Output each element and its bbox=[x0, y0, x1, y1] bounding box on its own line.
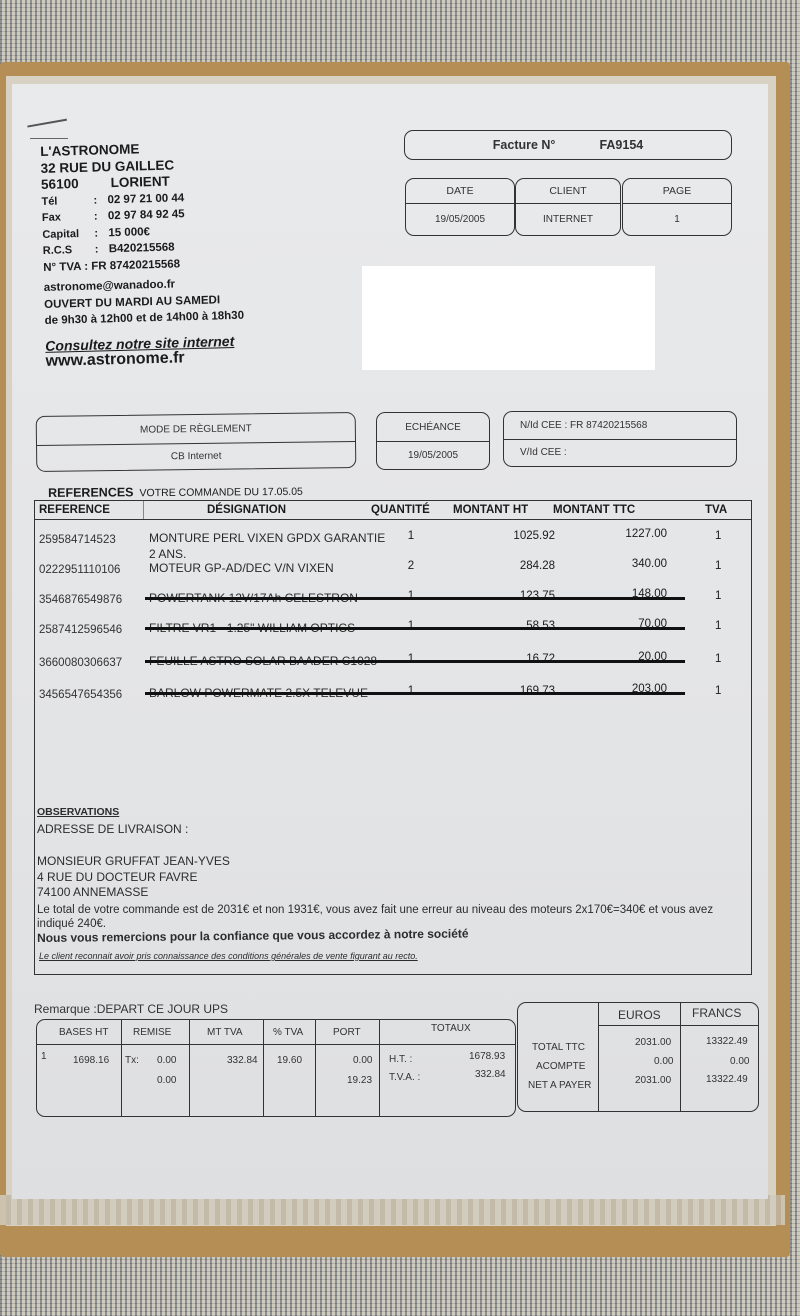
payment-mode-box: MODE DE RÈGLEMENT CB Internet bbox=[36, 412, 357, 472]
invoice-client: INTERNET bbox=[516, 204, 620, 235]
net-to-pay-francs: 13322.49 bbox=[706, 1074, 748, 1085]
items-table: REFERENCE DÉSIGNATION QUANTITÉ MONTANT H… bbox=[34, 500, 752, 776]
invoice-page: L'ASTRONOME 32 RUE DU GAILLEC 56100 LORI… bbox=[12, 84, 768, 1199]
shipping-remark: Remarque :DEPART CE JOUR UPS bbox=[34, 1002, 228, 1016]
item-quantity: 1 bbox=[401, 685, 421, 697]
port-2: 19.23 bbox=[347, 1075, 372, 1086]
references-line: REFERENCESVOTRE COMMANDE DU 17.05.05 bbox=[48, 484, 303, 500]
company-header: L'ASTRONOME 32 RUE DU GAILLEC 56100 LORI… bbox=[40, 139, 245, 371]
delivery-city: 74100 ANNEMASSE bbox=[37, 885, 148, 899]
port-1: 0.00 bbox=[353, 1055, 372, 1066]
deposit-francs: 0.00 bbox=[730, 1056, 749, 1067]
strikethrough-mark bbox=[145, 627, 685, 630]
strikethrough-mark bbox=[145, 597, 685, 600]
company-zip: 56100 bbox=[41, 176, 79, 193]
total-ht: 1678.93 bbox=[469, 1051, 505, 1062]
item-amount-ht: 58.53 bbox=[465, 620, 555, 632]
deposit-euros: 0.00 bbox=[654, 1056, 673, 1067]
item-tva-code: 1 bbox=[715, 530, 721, 542]
item-designation: MONTURE PERL VIXEN GPDX GARANTIE 2 ANS. bbox=[149, 530, 389, 562]
client-cell: CLIENT INTERNET bbox=[515, 178, 621, 236]
logo-underline bbox=[30, 138, 68, 139]
item-reference: 3456547654356 bbox=[39, 689, 122, 701]
remise-rate: 0.00 bbox=[157, 1055, 176, 1066]
strikethrough-mark bbox=[145, 692, 685, 695]
sleeve-perforation-strip bbox=[0, 1195, 785, 1225]
item-quantity: 1 bbox=[401, 590, 421, 602]
terms-notice: Le client reconnait avoir pris connaissa… bbox=[39, 951, 418, 961]
total-tva: 332.84 bbox=[475, 1069, 506, 1080]
company-city: LORIENT bbox=[110, 174, 170, 192]
phone-number: 02 97 21 00 44 bbox=[107, 190, 184, 209]
item-amount-ht: 284.28 bbox=[465, 560, 555, 572]
item-amount-ht: 123.75 bbox=[465, 590, 555, 602]
item-quantity: 1 bbox=[401, 653, 421, 665]
invoice-page-number: 1 bbox=[623, 204, 731, 235]
payment-mode: CB Internet bbox=[37, 442, 355, 471]
table-row: 2587412596546FILTRE VR1 - 1.25" WILLIAM … bbox=[35, 624, 751, 654]
references-label: REFERENCES bbox=[48, 485, 134, 500]
item-reference: 0222951110106 bbox=[39, 564, 120, 576]
total-ttc-euros: 2031.00 bbox=[635, 1037, 671, 1048]
total-ttc-francs: 13322.49 bbox=[706, 1036, 748, 1047]
item-tva-code: 1 bbox=[715, 620, 721, 632]
table-row: 3456547654356BARLOW POWERMATE 2.5X TELEV… bbox=[35, 689, 751, 719]
invoice-number: FA9154 bbox=[599, 138, 643, 152]
invoice-label: Facture N° bbox=[493, 138, 556, 152]
net-to-pay-euros: 2031.00 bbox=[635, 1075, 671, 1086]
invoice-number-box: Facture N° FA9154 bbox=[404, 130, 732, 160]
invoice-date: 19/05/2005 bbox=[406, 204, 514, 235]
item-reference: 3546876549876 bbox=[39, 594, 122, 606]
item-amount-ht: 16.72 bbox=[465, 653, 555, 665]
item-amount-ttc: 340.00 bbox=[577, 558, 667, 570]
capital-value: 15 000€ bbox=[108, 224, 150, 242]
fax-number: 02 97 84 92 45 bbox=[108, 206, 185, 225]
strikethrough-mark bbox=[145, 660, 685, 663]
observations-section: OBSERVATIONS ADRESSE DE LIVRAISON : MONS… bbox=[34, 775, 752, 975]
our-vat-id: N/Id CEE : FR 87420215568 bbox=[504, 412, 736, 440]
item-amount-ht: 169.73 bbox=[465, 685, 555, 697]
item-reference: 2587412596546 bbox=[39, 624, 122, 636]
item-tva-code: 1 bbox=[715, 685, 721, 697]
tva-rate: 19.60 bbox=[277, 1055, 302, 1066]
website-link[interactable]: www.astronome.fr bbox=[45, 349, 245, 371]
order-reference: VOTRE COMMANDE DU 17.05.05 bbox=[139, 486, 302, 499]
date-cell: DATE 19/05/2005 bbox=[405, 178, 515, 236]
observations-title: OBSERVATIONS bbox=[37, 806, 119, 818]
grand-totals-table: EUROS FRANCS TOTAL TTC 2031.00 13322.49 … bbox=[517, 1002, 759, 1112]
item-quantity: 1 bbox=[401, 620, 421, 632]
item-tva-code: 1 bbox=[715, 560, 721, 572]
due-date-box: ECHÉANCE 19/05/2005 bbox=[376, 412, 490, 470]
tva-amount: 332.84 bbox=[227, 1055, 258, 1066]
item-reference: 3660080306637 bbox=[39, 657, 122, 669]
logo-mark bbox=[27, 119, 68, 138]
item-quantity: 2 bbox=[401, 560, 421, 572]
item-reference: 259584714523 bbox=[39, 534, 116, 546]
delivery-label: ADRESSE DE LIVRAISON : bbox=[37, 822, 188, 836]
delivery-street: 4 RUE DU DOCTEUR FAVRE bbox=[37, 870, 197, 884]
your-vat-id: V/Id CEE : bbox=[504, 440, 736, 467]
item-tva-code: 1 bbox=[715, 653, 721, 665]
redacted-address-block bbox=[362, 266, 655, 370]
item-designation: MOTEUR GP-AD/DEC V/N VIXEN bbox=[149, 560, 389, 576]
rcs-value: B420215568 bbox=[109, 240, 175, 258]
delivery-name: MONSIEUR GRUFFAT JEAN-YVES bbox=[37, 854, 230, 868]
vat-id-box: N/Id CEE : FR 87420215568 V/Id CEE : bbox=[503, 411, 737, 467]
page-cell: PAGE 1 bbox=[622, 178, 732, 236]
base-ht: 1698.16 bbox=[73, 1055, 109, 1066]
tax-bases-table: BASES HT REMISE MT TVA % TVA PORT TOTAUX… bbox=[36, 1019, 516, 1117]
item-amount-ht: 1025.92 bbox=[465, 530, 555, 542]
due-date: 19/05/2005 bbox=[377, 442, 489, 469]
item-tva-code: 1 bbox=[715, 590, 721, 602]
remise-amount: 0.00 bbox=[157, 1075, 176, 1086]
item-amount-ttc: 1227.00 bbox=[577, 528, 667, 540]
item-quantity: 1 bbox=[401, 530, 421, 542]
